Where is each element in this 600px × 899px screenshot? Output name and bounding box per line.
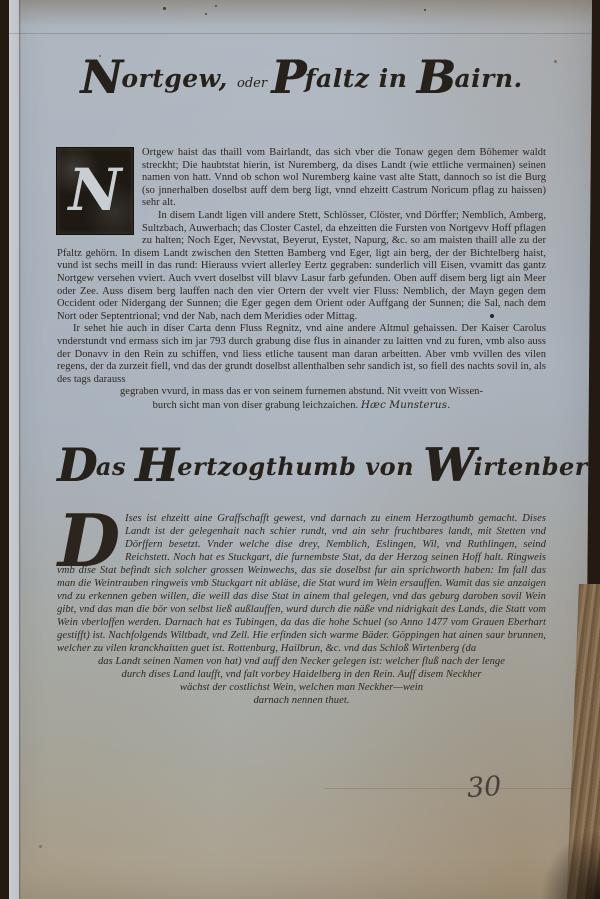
tail-line: burch sicht man von diser grabung leichz… (57, 399, 546, 413)
attribution: Hæc Munsterus. (361, 399, 451, 411)
heading-initial: N (80, 50, 121, 104)
paragraph: Ises ist ehzeitt aine Graffschafft gewes… (57, 512, 546, 655)
heading-initial: H (135, 438, 177, 492)
shadow (540, 829, 600, 899)
book-page: Nortgew, oder Pfaltz in Bairn. N Ortgew … (9, 0, 592, 899)
tail-line: durch dises Land laufft, vnd falt vorbey… (57, 668, 546, 681)
heading-connector: oder (237, 76, 271, 91)
tail-line: das Landt seinen Namen von hat) vnd auff… (57, 655, 546, 668)
paragraph: Ir sehet hie auch in diser Carta denn Fl… (57, 323, 546, 386)
tail-line: wächst der costlichst Wein, welchen man … (57, 681, 546, 694)
heading-initial: P (271, 50, 305, 104)
drop-cap-ornate: N (57, 148, 133, 234)
tail-line: darnach nennen thuet. (57, 694, 546, 707)
tail-text: burch sicht man von diser grabung leichz… (153, 400, 361, 411)
heading-initial: W (423, 438, 474, 492)
foxing-speck (424, 9, 426, 11)
section-heading-nortgew: Nortgew, oder Pfaltz in Bairn. (57, 64, 546, 130)
heading-text: irtenberg. (474, 452, 600, 481)
heading-initial: B (417, 50, 455, 104)
drop-cap-swash: D (57, 512, 121, 564)
text-column: Nortgew, oder Pfaltz in Bairn. N Ortgew … (57, 0, 546, 707)
heading-initial: D (57, 438, 96, 492)
section-heading-wirtenberg: Das Hertzogthumb von Wirtenberg. (57, 452, 546, 508)
foxing-speck (39, 845, 42, 848)
foxing-speck (163, 7, 166, 10)
foxing-speck (554, 60, 557, 63)
paper-crease (324, 788, 592, 789)
heading-text: ertzogthumb von (177, 452, 423, 481)
heading-text: as (96, 452, 135, 481)
foxing-speck (99, 55, 101, 57)
heading-text: ortgew, (121, 64, 237, 93)
folio-number: 30 (466, 771, 502, 804)
foxing-speck (215, 5, 217, 7)
heading-text: airn. (454, 64, 522, 93)
foxing-speck (205, 13, 207, 15)
tail-line: gegraben vvurd, in mass das er von seine… (57, 386, 546, 399)
heading-text: faltz in (305, 64, 417, 93)
section-nortgew-body: N Ortgew haist das thaill vom Bairlandt,… (57, 147, 546, 412)
section-wirtenberg-body: D Ises ist ehzeitt aine Graffschafft gew… (57, 512, 546, 707)
foxing-speck (490, 314, 494, 318)
page-under-edge (9, 0, 19, 899)
